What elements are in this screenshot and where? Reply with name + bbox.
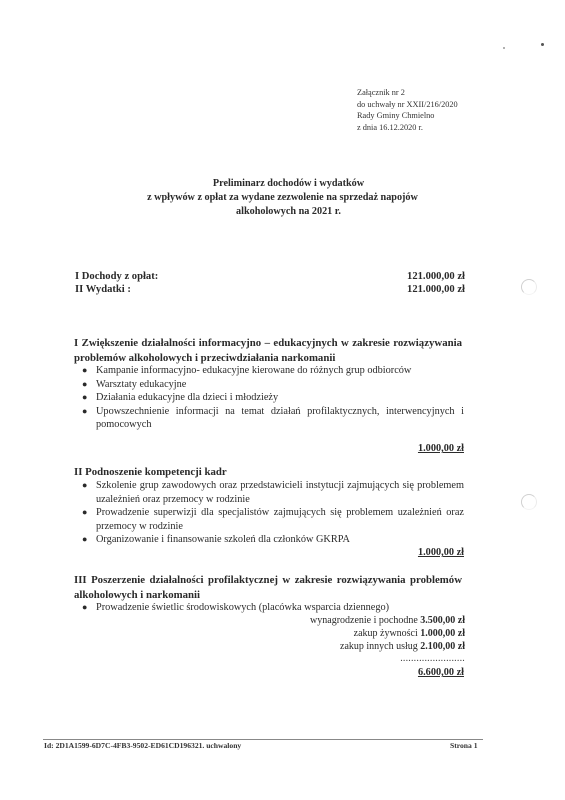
heading-line: alkoholowych i narkomanii bbox=[74, 588, 462, 603]
bullet-icon: ● bbox=[82, 405, 87, 419]
bullet-icon: ● bbox=[82, 479, 87, 493]
summary-income-row: I Dochody z opłat: 121.000,00 zł bbox=[75, 270, 465, 284]
list-item-text: Warsztaty edukacyjne bbox=[96, 379, 186, 390]
title-line: alkoholowych na 2021 r. bbox=[0, 205, 565, 219]
document-title: Preliminarz dochodów i wydatków z wpływó… bbox=[0, 177, 565, 219]
cost-row: zakup żywności 1.000,00 zł bbox=[354, 627, 465, 640]
title-line: Preliminarz dochodów i wydatków bbox=[0, 177, 565, 191]
bullet-icon: ● bbox=[82, 601, 87, 615]
footer-divider bbox=[43, 739, 483, 740]
list-item: ●Warsztaty edukacyjne bbox=[74, 378, 464, 392]
cost-row: wynagrodzenie i pochodne 3.500,00 zł bbox=[310, 614, 465, 627]
bullet-icon: ● bbox=[82, 364, 87, 378]
section-1-list: ●Kampanie informacyjno- edukacyjne kiero… bbox=[74, 364, 464, 432]
section-2-total: 1.000,00 zł bbox=[418, 547, 464, 558]
document-id: Id: 2D1A1599-6D7C-4FB3-9502-ED61CD196321… bbox=[44, 741, 241, 750]
heading-line: I Zwiększenie działalności informacyjno … bbox=[74, 336, 462, 351]
attachment-line: do uchwały nr XXII/216/2020 bbox=[357, 99, 458, 111]
list-item-text: Prowadzenie świetlic środowiskowych (pla… bbox=[96, 602, 389, 613]
cost-label: zakup innych usług bbox=[340, 641, 418, 652]
heading-line: II Podnoszenie kompetencji kadr bbox=[74, 465, 462, 480]
list-item: ●Prowadzenie świetlic środowiskowych (pl… bbox=[74, 601, 464, 615]
list-item: ●Prowadzenie superwizji dla specjalistów… bbox=[74, 506, 464, 533]
attachment-header: Załącznik nr 2 do uchwały nr XXII/216/20… bbox=[357, 87, 458, 133]
cost-label: zakup żywności bbox=[354, 628, 418, 639]
cost-amount: 1.000,00 zł bbox=[420, 628, 465, 639]
attachment-line: Załącznik nr 2 bbox=[357, 87, 458, 99]
scan-speck bbox=[541, 43, 544, 46]
list-item: ●Organizowanie i finansowanie szkoleń dl… bbox=[74, 533, 464, 547]
summary-label: I Dochody z opłat: bbox=[75, 270, 158, 284]
section-2-heading: II Podnoszenie kompetencji kadr bbox=[74, 465, 462, 480]
list-item-text: Szkolenie grup zawodowych oraz przedstaw… bbox=[96, 480, 464, 505]
dotted-separator: ........................ bbox=[400, 653, 465, 664]
summary-label: II Wydatki : bbox=[75, 283, 131, 297]
title-line: z wpływów z opłat za wydane zezwolenie n… bbox=[0, 191, 565, 205]
list-item: ●Szkolenie grup zawodowych oraz przedsta… bbox=[74, 479, 464, 506]
section-3-list: ●Prowadzenie świetlic środowiskowych (pl… bbox=[74, 601, 464, 615]
bullet-icon: ● bbox=[82, 391, 87, 405]
page-number: Strona 1 bbox=[450, 741, 478, 750]
list-item: ●Kampanie informacyjno- edukacyjne kiero… bbox=[74, 364, 464, 378]
summary-expenses-row: II Wydatki : 121.000,00 zł bbox=[75, 283, 465, 297]
cost-amount: 3.500,00 zł bbox=[420, 615, 465, 626]
heading-line: III Poszerzenie działalności profilaktyc… bbox=[74, 573, 462, 588]
bullet-icon: ● bbox=[82, 378, 87, 392]
cost-label: wynagrodzenie i pochodne bbox=[310, 615, 418, 626]
bullet-icon: ● bbox=[82, 533, 87, 547]
scan-speck bbox=[503, 47, 505, 49]
list-item-text: Działania edukacyjne dla dzieci i młodzi… bbox=[96, 392, 278, 403]
cost-amount: 2.100,00 zł bbox=[420, 641, 465, 652]
heading-line: problemów alkoholowych i przeciwdziałani… bbox=[74, 351, 462, 366]
bullet-icon: ● bbox=[82, 506, 87, 520]
section-2-list: ●Szkolenie grup zawodowych oraz przedsta… bbox=[74, 479, 464, 547]
list-item-text: Prowadzenie superwizji dla specjalistów … bbox=[96, 507, 464, 532]
list-item: ●Działania edukacyjne dla dzieci i młodz… bbox=[74, 391, 464, 405]
attachment-line: Rady Gminy Chmielno bbox=[357, 110, 458, 122]
punch-hole-mark bbox=[521, 494, 537, 510]
list-item-text: Kampanie informacyjno- edukacyjne kierow… bbox=[96, 365, 411, 376]
punch-hole-mark bbox=[521, 279, 537, 295]
section-3-heading: III Poszerzenie działalności profilaktyc… bbox=[74, 573, 462, 602]
list-item: ●Upowszechnienie informacji na temat dzi… bbox=[74, 405, 464, 432]
section-1-heading: I Zwiększenie działalności informacyjno … bbox=[74, 336, 462, 365]
attachment-line: z dnia 16.12.2020 r. bbox=[357, 122, 458, 134]
section-1-total: 1.000,00 zł bbox=[418, 443, 464, 454]
summary-amount: 121.000,00 zł bbox=[407, 283, 465, 297]
section-3-total: 6.600,00 zł bbox=[418, 667, 464, 678]
list-item-text: Upowszechnienie informacji na temat dzia… bbox=[96, 406, 464, 431]
summary-amount: 121.000,00 zł bbox=[407, 270, 465, 284]
list-item-text: Organizowanie i finansowanie szkoleń dla… bbox=[96, 534, 350, 545]
cost-row: zakup innych usług 2.100,00 zł bbox=[340, 640, 465, 653]
